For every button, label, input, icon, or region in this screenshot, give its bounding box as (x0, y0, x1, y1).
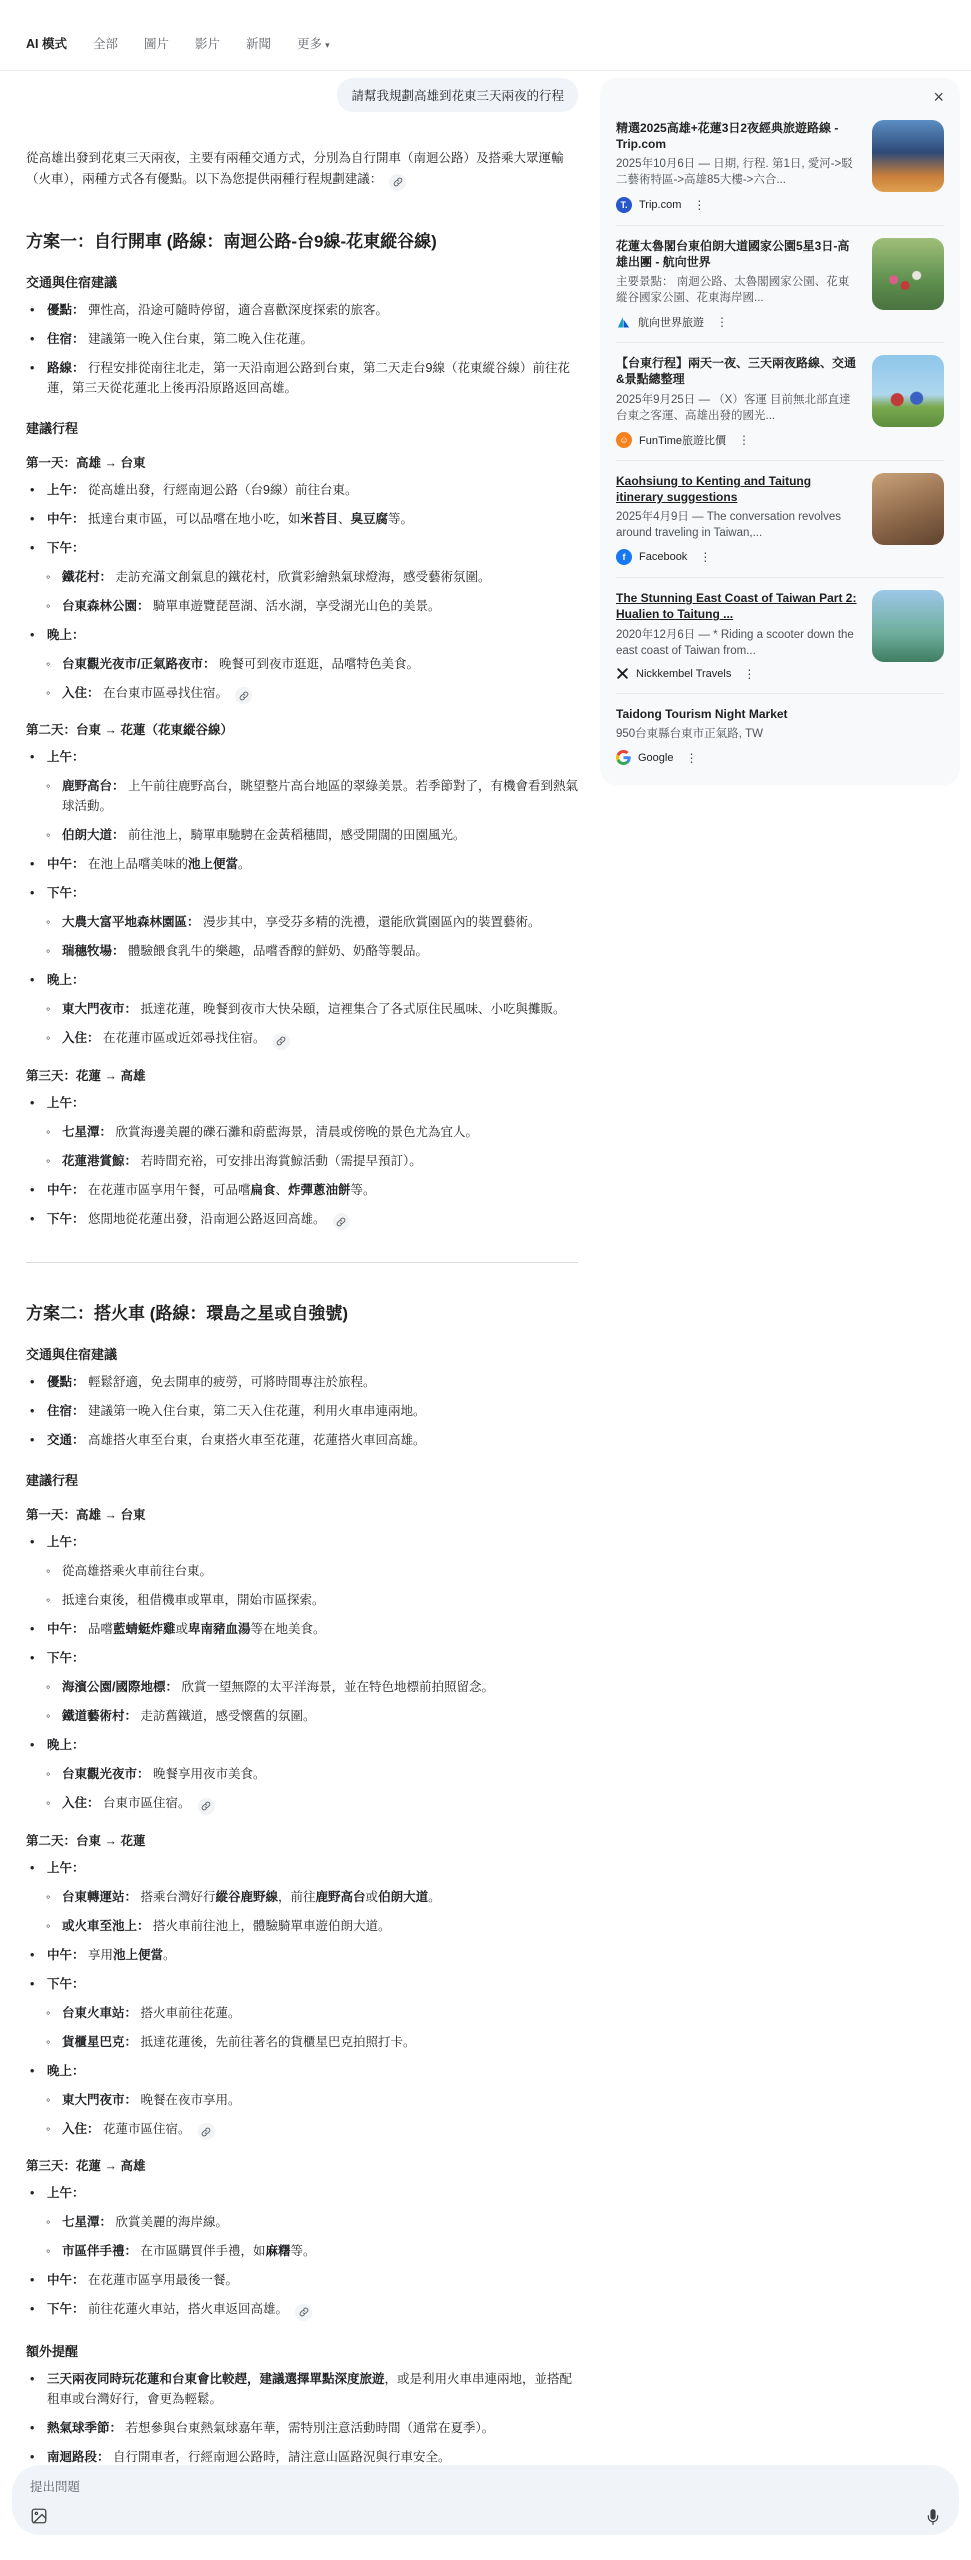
list-item: 路線： 行程安排從南往北走，第一天沿南迴公路到台東，第二天走台9線（花東縱谷線）… (26, 358, 578, 398)
list-item: 中午： 品嚐藍蜻蜓炸雞或卑南豬血湯等在地美食。 (26, 1619, 578, 1639)
list-item: 中午： 享用池上便當。 (26, 1945, 578, 1965)
list-item: 晚上： (26, 970, 578, 990)
page: { "nav": { "items": [ {"label": "AI 模式",… (0, 0, 971, 2560)
close-icon[interactable]: × (933, 88, 944, 106)
list-item: 台東森林公園： 騎單車遊覽琵琶湖、活水湖，享受湖光山色的美景。 (26, 596, 578, 616)
list-item: 伯朗大道： 前往池上，騎單車馳騁在金黃稻穗間，感受開闊的田園風光。 (26, 825, 578, 845)
list-item: 住宿： 建議第一晚入住台東，第二晚入住花蓮。 (26, 329, 578, 349)
list-item: 東大門夜市： 抵達花蓮，晚餐到夜市大快朵頤，這裡集合了各式原住民風味、小吃與攤販… (26, 999, 578, 1019)
facebook-logo-icon: f (616, 549, 632, 565)
itinerary-list: 三天兩夜同時玩花蓮和台東會比較趕，建議選擇單點深度旅遊，或是利用火車串連兩地，並… (26, 2369, 578, 2467)
list-item: 從高雄搭乘火車前往台東。 (26, 1561, 578, 1581)
list-item: 鐵道藝術村： 走訪舊鐵道，感受懷舊的氛圍。 (26, 1706, 578, 1726)
itinerary-list: 上午：七星潭： 欣賞美麗的海岸線。市區伴手禮： 在市區購買伴手禮，如麻糬等。中午… (26, 2183, 578, 2321)
list-item: 三天兩夜同時玩花蓮和台東會比較趕，建議選擇單點深度旅遊，或是利用火車串連兩地，並… (26, 2369, 578, 2409)
list-item: 入住： 花蓮市區住宿。 (26, 2119, 578, 2141)
card-snippet: 主要景點： 南迴公路、太魯閣國家公園、花東縱谷國家公園、花東海岸國... (616, 274, 860, 306)
list-item: 上午： (26, 1093, 578, 1113)
list-item: 東大門夜市： 晚餐在夜市享用。 (26, 2090, 578, 2110)
section-heading: 建議行程 (26, 1470, 578, 1489)
card-source-name: FunTime旅遊比價 (639, 432, 726, 448)
card-source-name: 航向世界旅遊 (638, 314, 704, 330)
list-item: 入住： 在台東市區尋找住宿。 (26, 683, 578, 705)
list-item: 鐵花村： 走訪充滿文創氣息的鐵花村，欣賞彩繪熱氣球燈海，感受藝術氛圍。 (26, 567, 578, 587)
list-item: 下午： (26, 883, 578, 903)
list-item: 或火車至池上： 搭火車前往池上，體驗騎單車遊伯朗大道。 (26, 1916, 578, 1936)
card-body: Taidong Tourism Night Market950台東縣台東市正氣路… (616, 706, 944, 765)
more-options-icon[interactable]: ⋮ (738, 433, 750, 447)
card-thumbnail[interactable] (872, 473, 944, 545)
related-link-card[interactable]: Kaohsiung to Kenting and Taitung itinera… (616, 461, 944, 579)
card-snippet: 2025年4月9日 — The conversation revolves ar… (616, 509, 860, 541)
itinerary-list: 優點： 輕鬆舒適，免去開車的疲勞，可將時間專注於旅程。住宿： 建議第一晚入住台東… (26, 1372, 578, 1450)
list-item: 中午： 在花蓮市區享用午餐，可品嚐扁食、炸彈蔥油餅等。 (26, 1180, 578, 1200)
list-item: 上午： (26, 1858, 578, 1878)
card-source-row: fFacebook⋮ (616, 549, 860, 565)
sailworld-logo-icon (616, 315, 631, 330)
source-link-chip[interactable] (235, 687, 252, 704)
tab-all[interactable]: 全部 (93, 34, 118, 52)
list-item: 下午： (26, 1648, 578, 1668)
card-source-name: Facebook (639, 551, 687, 563)
itinerary-list: 上午：從高雄搭乘火車前往台東。抵達台東後，租借機車或單車，開始市區探索。中午： … (26, 1532, 578, 1815)
more-options-icon[interactable]: ⋮ (699, 550, 711, 564)
top-nav: AI 模式 全部 圖片 影片 新聞 更多▾ (26, 34, 356, 52)
list-item: 晚上： (26, 2061, 578, 2081)
more-options-icon[interactable]: ⋮ (685, 751, 697, 765)
list-item: 瑞穗牧場： 體驗餵食乳牛的樂趣，品嚐香醇的鮮奶、奶酪等製品。 (26, 941, 578, 961)
itinerary-list: 上午：台東轉運站： 搭乘台灣好行縱谷鹿野線，前往鹿野高台或伯朗大道。或火車至池上… (26, 1858, 578, 2141)
list-item: 台東轉運站： 搭乘台灣好行縱谷鹿野線，前往鹿野高台或伯朗大道。 (26, 1887, 578, 1907)
question-composer[interactable]: 提出問題 (12, 2465, 959, 2535)
list-item: 中午： 抵達台東市區，可以品嚐在地小吃，如米苔目、臭豆腐等。 (26, 509, 578, 529)
card-title[interactable]: 【台東行程】兩天一夜、三天兩夜路線、交通&景點總整理 (616, 355, 860, 387)
list-item: 入住： 台東市區住宿。 (26, 1793, 578, 1815)
section-heading: 交通與住宿建議 (26, 272, 578, 291)
card-title[interactable]: 精選2025高雄+花蓮3日2夜經典旅遊路線 - Trip.com (616, 120, 860, 152)
section-heading: 建議行程 (26, 418, 578, 437)
list-item: 中午： 在花蓮市區享用最後一餐。 (26, 2270, 578, 2290)
more-options-icon[interactable]: ⋮ (716, 315, 728, 329)
google-logo-icon (616, 750, 631, 765)
source-link-chip[interactable] (295, 2304, 312, 2321)
related-link-card[interactable]: 精選2025高雄+花蓮3日2夜經典旅遊路線 - Trip.com2025年10月… (616, 108, 944, 226)
card-thumbnail[interactable] (872, 238, 944, 310)
list-item: 花蓮港賞鯨： 若時間充裕，可安排出海賞鯨活動（需提早預訂）。 (26, 1151, 578, 1171)
source-link-chip[interactable] (389, 174, 406, 191)
itinerary-list: 上午：鹿野高台： 上午前往鹿野高台，眺望整片高台地區的翠綠美景。若季節對了，有機… (26, 747, 578, 1050)
tab-images[interactable]: 圖片 (144, 34, 169, 52)
list-item: 上午： (26, 747, 578, 767)
funtime-logo-icon: ☺ (616, 432, 632, 448)
itinerary-list: 優點： 彈性高，沿途可隨時停留，適合喜歡深度探索的旅客。住宿： 建議第一晚入住台… (26, 300, 578, 398)
card-title[interactable]: Kaohsiung to Kenting and Taitung itinera… (616, 473, 860, 505)
card-thumbnail[interactable] (872, 120, 944, 192)
card-body: 花蓮太魯閣台東伯朗大道國家公園5星3日-高雄出團 - 航向世界主要景點： 南迴公… (616, 238, 860, 331)
related-links-list: 精選2025高雄+花蓮3日2夜經典旅遊路線 - Trip.com2025年10月… (616, 108, 944, 777)
composer-placeholder: 提出問題 (30, 2477, 941, 2495)
source-link-chip[interactable] (198, 2123, 215, 2140)
card-body: Kaohsiung to Kenting and Taitung itinera… (616, 473, 860, 566)
related-link-card[interactable]: The Stunning East Coast of Taiwan Part 2… (616, 578, 944, 694)
section-heading: 第一天：高雄 → 台東 (26, 1505, 578, 1523)
itinerary-list: 上午：七星潭： 欣賞海邊美麗的礫石灘和蔚藍海景，清晨或傍晚的景色尤為宜人。花蓮港… (26, 1093, 578, 1231)
card-title[interactable]: Taidong Tourism Night Market (616, 706, 944, 722)
card-title[interactable]: The Stunning East Coast of Taiwan Part 2… (616, 590, 860, 622)
list-item: 大農大富平地森林園區： 漫步其中，享受芬多精的洗禮，還能欣賞園區內的裝置藝術。 (26, 912, 578, 932)
card-source-row: Nickkembel Travels⋮ (616, 667, 860, 681)
tab-ai-mode[interactable]: AI 模式 (26, 34, 67, 52)
user-query-bubble: 請幫我規劃高雄到花東三天兩夜的行程 (337, 78, 578, 112)
list-item: 貨櫃星巴克： 抵達花蓮後，先前往著名的貨櫃星巴克拍照打卡。 (26, 2032, 578, 2052)
card-snippet: 950台東縣台東市正氣路, TW (616, 726, 944, 742)
list-item: 晚上： (26, 1735, 578, 1755)
card-thumbnail[interactable] (872, 355, 944, 427)
intro-paragraph: 從高雄出發到花東三天兩夜，主要有兩種交通方式，分別為自行開車（南迴公路）及搭乘大… (26, 148, 578, 191)
list-item: 交通： 高雄搭火車至台東，台東搭火車至花蓮，花蓮搭火車回高雄。 (26, 1430, 578, 1450)
ai-answer-column: 請幫我規劃高雄到花東三天兩夜的行程 從高雄出發到花東三天兩夜，主要有兩種交通方式… (26, 78, 578, 2519)
section-heading: 第一天：高雄 → 台東 (26, 453, 578, 471)
section-heading: 額外提醒 (26, 2341, 578, 2360)
related-link-card[interactable]: 花蓮太魯閣台東伯朗大道國家公園5星3日-高雄出團 - 航向世界主要景點： 南迴公… (616, 226, 944, 344)
more-options-icon[interactable]: ⋮ (743, 667, 755, 681)
related-link-card[interactable]: 【台東行程】兩天一夜、三天兩夜路線、交通&景點總整理2025年9月25日 — （… (616, 343, 944, 461)
list-item: 市區伴手禮： 在市區購買伴手禮，如麻糬等。 (26, 2241, 578, 2261)
card-snippet: 2020年12月6日 — * Riding a scooter down the… (616, 627, 860, 659)
list-item: 下午： 悠閒地從花蓮出發，沿南迴公路返回高雄。 (26, 1209, 578, 1231)
source-link-chip[interactable] (273, 1033, 290, 1050)
tab-videos[interactable]: 影片 (195, 34, 220, 52)
list-item: 上午： (26, 2183, 578, 2203)
section-heading: 方案一：自行開車 (路線：南迴公路-台9線-花東縱谷線) (26, 227, 578, 252)
tab-more[interactable]: 更多▾ (297, 34, 330, 52)
card-source-row: Google⋮ (616, 750, 944, 765)
list-item: 下午： (26, 538, 578, 558)
card-source-name: Trip.com (639, 199, 681, 211)
card-source-name: Google (638, 752, 673, 764)
card-snippet: 2025年9月25日 — （X）客運 目前無北部直達台東之客運、高雄出發的國光.… (616, 392, 860, 424)
itinerary-list: 上午： 從高雄出發，行經南迴公路（台9線）前往台東。中午： 抵達台東市區，可以品… (26, 480, 578, 705)
card-source-name: Nickkembel Travels (636, 668, 731, 680)
list-item: 入住： 在花蓮市區或近郊尋找住宿。 (26, 1028, 578, 1050)
list-item: 住宿： 建議第一晚入住台東，第二天入住花蓮，利用火車串連兩地。 (26, 1401, 578, 1421)
card-source-row: T.Trip.com⋮ (616, 197, 860, 213)
section-heading: 第三天：花蓮 → 高雄 (26, 1066, 578, 1084)
card-body: The Stunning East Coast of Taiwan Part 2… (616, 590, 860, 681)
list-item: 南迴路段： 自行開車者，行經南迴公路時，請注意山區路況與行車安全。 (26, 2447, 578, 2467)
list-item: 海濱公園/國際地標： 欣賞一望無際的太平洋海景，並在特色地標前拍照留念。 (26, 1677, 578, 1697)
list-item: 台東觀光夜市： 晚餐享用夜市美食。 (26, 1764, 578, 1784)
list-item: 鹿野高台： 上午前往鹿野高台，眺望整片高台地區的翠綠美景。若季節對了，有機會看到… (26, 776, 578, 816)
nickkembel-logo-icon (616, 667, 629, 680)
card-snippet: 2025年10月6日 — 日期, 行程. 第1日, 愛河->駁二藝術特區->高雄… (616, 156, 860, 188)
card-thumbnail[interactable] (872, 590, 944, 662)
list-item: 抵達台東後，租借機車或單車，開始市區探索。 (26, 1590, 578, 1610)
chevron-down-icon: ▾ (325, 40, 330, 50)
section-heading: 方案二：搭火車 (路線：環島之星或自強號) (26, 1299, 578, 1324)
more-options-icon[interactable]: ⋮ (693, 198, 705, 212)
tab-news[interactable]: 新聞 (246, 34, 271, 52)
list-item: 七星潭： 欣賞海邊美麗的礫石灘和蔚藍海景，清晨或傍晚的景色尤為宜人。 (26, 1122, 578, 1142)
source-link-chip[interactable] (198, 1798, 215, 1815)
list-item: 晚上： (26, 625, 578, 645)
list-item: 下午： (26, 1974, 578, 1994)
list-item: 七星潭： 欣賞美麗的海岸線。 (26, 2212, 578, 2232)
related-links-panel: × 精選2025高雄+花蓮3日2夜經典旅遊路線 - Trip.com2025年1… (600, 78, 960, 785)
list-item: 下午： 前往花蓮火車站，搭火車返回高雄。 (26, 2299, 578, 2321)
card-body: 【台東行程】兩天一夜、三天兩夜路線、交通&景點總整理2025年9月25日 — （… (616, 355, 860, 448)
list-item: 熱氣球季節： 若想參與台東熱氣球嘉年華，需特別注意活動時間（通常在夏季）。 (26, 2418, 578, 2438)
section-heading: 第二天：台東 → 花蓮（花東縱谷線） (26, 720, 578, 738)
list-item: 上午： (26, 1532, 578, 1552)
card-source-row: 航向世界旅遊⋮ (616, 314, 860, 330)
list-item: 中午： 在池上品嚐美味的池上便當。 (26, 854, 578, 874)
card-title[interactable]: 花蓮太魯閣台東伯朗大道國家公園5星3日-高雄出團 - 航向世界 (616, 238, 860, 270)
list-item: 台東火車站： 搭火車前往花蓮。 (26, 2003, 578, 2023)
source-link-chip[interactable] (333, 1213, 350, 1230)
ai-answer: 從高雄出發到花東三天兩夜，主要有兩種交通方式，分別為自行開車（南迴公路）及搭乘大… (26, 148, 578, 2467)
list-item: 優點： 輕鬆舒適，免去開車的疲勞，可將時間專注於旅程。 (26, 1372, 578, 1392)
section-heading: 交通與住宿建議 (26, 1344, 578, 1363)
list-item: 台東觀光夜市/正氣路夜市： 晚餐可到夜市逛逛，品嚐特色美食。 (26, 654, 578, 674)
section-heading: 第三天：花蓮 → 高雄 (26, 2156, 578, 2174)
microphone-icon[interactable] (925, 2509, 941, 2525)
section-heading: 第二天：台東 → 花蓮 (26, 1831, 578, 1849)
tripcom-logo-icon: T. (616, 197, 632, 213)
card-source-row: ☺FunTime旅遊比價⋮ (616, 432, 860, 448)
related-link-card[interactable]: Taidong Tourism Night Market950台東縣台東市正氣路… (616, 694, 944, 777)
image-upload-icon[interactable] (30, 2507, 48, 2525)
section-divider (26, 1262, 578, 1263)
list-item: 上午： 從高雄出發，行經南迴公路（台9線）前往台東。 (26, 480, 578, 500)
card-body: 精選2025高雄+花蓮3日2夜經典旅遊路線 - Trip.com2025年10月… (616, 120, 860, 213)
list-item: 優點： 彈性高，沿途可隨時停留，適合喜歡深度探索的旅客。 (26, 300, 578, 320)
nav-divider (0, 70, 971, 71)
